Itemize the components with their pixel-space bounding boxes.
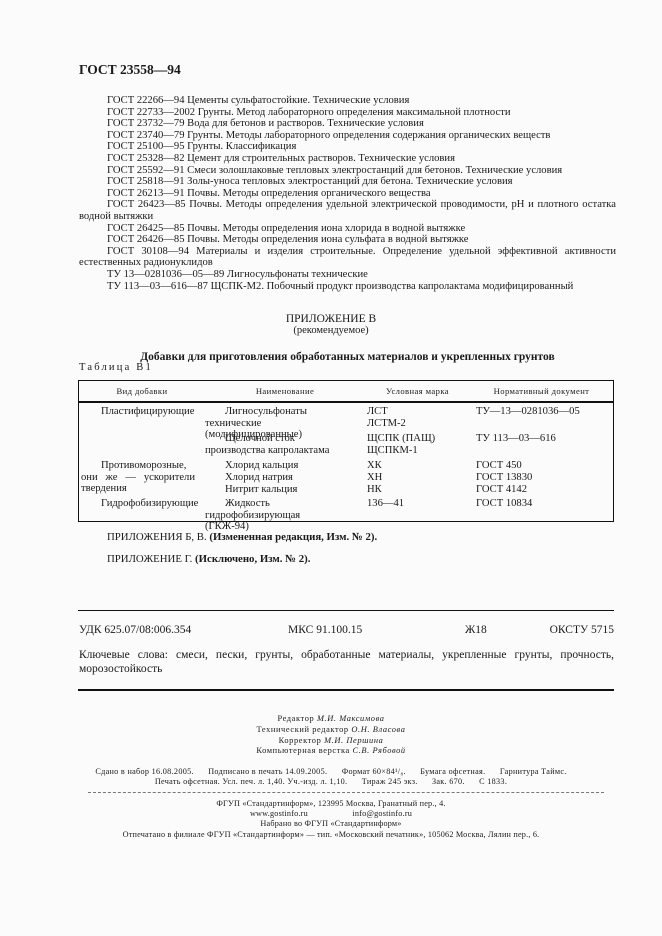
classification-codes: УДК 625.07/08:006.354 МКС 91.100.15 Ж18 …: [79, 624, 614, 636]
okstu-code: ОКСТУ 5715: [550, 624, 614, 636]
reference-item: ГОСТ 23740—79 Грунты. Методы лабораторно…: [79, 130, 616, 142]
reference-item: ГОСТ 26423—85 Почвы. Методы определения …: [79, 199, 616, 222]
imprint-item: Тираж 245 экз.: [362, 777, 418, 786]
table-cell-mark: НК: [367, 484, 457, 496]
table-cell-type: Противоморозные, они же — ускорители тве…: [81, 460, 195, 495]
group-code: Ж18: [465, 624, 487, 636]
typeset-info: Набрано во ФГУП «Стандартинформ»: [0, 819, 662, 829]
credit-name: С.В. Рябовой: [353, 746, 406, 755]
note-text: ПРИЛОЖЕНИЯ Б, В.: [107, 531, 207, 543]
imprint-item: Бумага офсетная.: [420, 767, 485, 776]
document-code: ГОСТ 23558—94: [79, 62, 181, 78]
note-bold: (Измененная редакция, Изм. № 2).: [209, 531, 377, 543]
table-cell-type: Пластифицирующие: [81, 406, 187, 418]
credit-line: Технический редактор О.Н. Власова: [0, 725, 662, 736]
additives-table: Вид добавки Наименование Условная марка …: [78, 380, 614, 522]
email-link[interactable]: info@gostinfo.ru: [352, 809, 412, 818]
imprint-item: Гарнитура Таймс.: [500, 767, 567, 776]
credit-role: Редактор: [277, 714, 314, 723]
imprint-line: Сдано в набор 16.08.2005. Подписано в пе…: [0, 767, 662, 777]
credit-name: О.Н. Власова: [351, 725, 405, 734]
credit-role: Технический редактор: [256, 725, 348, 734]
table-heading: Добавки для приготовления обработанных м…: [79, 351, 616, 363]
column-header: Условная марка: [365, 386, 470, 396]
credit-line: Компьютерная верстка С.В. Рябовой: [0, 746, 662, 757]
imprint-item: Формат 60×84¹/₈.: [342, 767, 406, 776]
reference-item: ГОСТ 25592—91 Смеси золошлаковые тепловы…: [79, 165, 616, 177]
credit-name: М.И. Першина: [324, 736, 383, 745]
column-header: Наименование: [205, 386, 365, 396]
divider: [78, 610, 614, 611]
imprint-item: С 1833.: [479, 777, 507, 786]
table-cell-name: Хлорид натрия: [205, 472, 337, 484]
credit-role: Корректор: [279, 736, 322, 745]
table-cell-doc: ГОСТ 13830: [476, 472, 606, 484]
reference-item: ГОСТ 22266—94 Цементы сульфатостойкие. Т…: [79, 95, 616, 107]
imprint-item: Печать офсетная. Усл. печ. л. 1,40. Уч.-…: [155, 777, 348, 786]
reference-item: ГОСТ 30108—94 Материалы и изделия строит…: [79, 246, 616, 269]
reference-item: ГОСТ 23732—79 Вода для бетонов и раствор…: [79, 118, 616, 130]
website-link[interactable]: www.gostinfo.ru: [250, 809, 308, 818]
table-cell-doc: ТУ—13—0281036—05: [476, 406, 606, 418]
table-cell-name: Жидкость гидрофобизирующая (ГКЖ-94): [205, 498, 337, 533]
table-cell-doc: ГОСТ 450: [476, 460, 606, 472]
reference-item: ГОСТ 25818—91 Золы-уноса тепловых электр…: [79, 176, 616, 188]
credit-line: Редактор М.И. Максимова: [0, 714, 662, 725]
publisher-block: ФГУП «Стандартинформ», 123995 Москва, Гр…: [0, 799, 662, 840]
credit-name: М.И. Максимова: [317, 714, 385, 723]
table-label: Таблица В1: [79, 362, 153, 373]
table-cell-name: Хлорид кальция: [205, 460, 337, 472]
reference-item: ГОСТ 26213—91 Почвы. Методы определения …: [79, 188, 616, 200]
udk-code: УДК 625.07/08:006.354: [79, 624, 191, 636]
note-bold: (Исключено, Изм. № 2).: [195, 553, 310, 565]
reference-item: ГОСТ 26426—85 Почвы. Методы определения …: [79, 234, 616, 246]
imprint-item: Сдано в набор 16.08.2005.: [95, 767, 194, 776]
appendix-title: ПРИЛОЖЕНИЕ В: [0, 313, 662, 325]
appendix-subtitle: (рекомендуемое): [0, 325, 662, 336]
table-cell-mark: ХН: [367, 472, 457, 484]
reference-item: ГОСТ 25328—82 Цемент для строительных ра…: [79, 153, 616, 165]
table-cell-mark: ХК: [367, 460, 457, 472]
note-text: ПРИЛОЖЕНИЕ Г.: [107, 553, 192, 565]
divider: [78, 689, 614, 691]
reference-item: ТУ 113—03—616—87 ЩСПК-М2. Побочный проду…: [79, 281, 616, 293]
column-header: Вид добавки: [79, 386, 205, 396]
reference-item: ТУ 13—0281036—05—89 Лигносульфонаты техн…: [79, 269, 616, 281]
publisher-contacts: www.gostinfo.ru info@gostinfo.ru: [0, 809, 662, 819]
credits-block: Редактор М.И. Максимова Технический реда…: [0, 714, 662, 757]
table-cell-doc: ГОСТ 4142: [476, 484, 606, 496]
column-header: Нормативный документ: [470, 386, 613, 396]
printed-info: Отпечатано в филиале ФГУП «Стандартинфор…: [0, 830, 662, 840]
reference-item: ГОСТ 25100—95 Грунты. Классификация: [79, 141, 616, 153]
table-cell-type: Гидрофобизирующие: [81, 498, 187, 510]
table-cell-name: Щелочной сток производства капролактама: [205, 433, 337, 456]
imprint-item: Зак. 670.: [432, 777, 465, 786]
table-header-row: Вид добавки Наименование Условная марка …: [79, 381, 613, 403]
table-cell-doc: ТУ 113—03—616: [476, 433, 606, 445]
mks-code: МКС 91.100.15: [288, 624, 362, 636]
amendment-note: ПРИЛОЖЕНИЕ Г. (Исключено, Изм. № 2).: [107, 553, 310, 565]
credit-role: Компьютерная верстка: [256, 746, 350, 755]
imprint-item: Подписано в печать 14.09.2005.: [208, 767, 327, 776]
table-cell-mark: 136—41: [367, 498, 457, 510]
divider: [88, 792, 604, 793]
amendment-note: ПРИЛОЖЕНИЯ Б, В. (Измененная редакция, И…: [107, 531, 377, 543]
table-cell-name: Нитрит кальция: [205, 484, 337, 496]
references-list: ГОСТ 22266—94 Цементы сульфатостойкие. Т…: [79, 95, 616, 292]
imprint-line: Печать офсетная. Усл. печ. л. 1,40. Уч.-…: [0, 777, 662, 787]
table-cell-mark: ЛСТ ЛСТМ-2: [367, 406, 457, 429]
table-cell-doc: ГОСТ 10834: [476, 498, 606, 510]
reference-item: ГОСТ 22733—2002 Грунты. Метод лабораторн…: [79, 107, 616, 119]
keywords: Ключевые слова: смеси, пески, грунты, об…: [79, 649, 614, 676]
publisher-address: ФГУП «Стандартинформ», 123995 Москва, Гр…: [0, 799, 662, 809]
credit-line: Корректор М.И. Першина: [0, 736, 662, 747]
table-cell-mark: ЩСПК (ПАЩ) ЩСПКМ-1: [367, 433, 457, 456]
imprint-block: Сдано в набор 16.08.2005. Подписано в пе…: [0, 767, 662, 787]
reference-item: ГОСТ 26425—85 Почвы. Методы определения …: [79, 223, 616, 235]
